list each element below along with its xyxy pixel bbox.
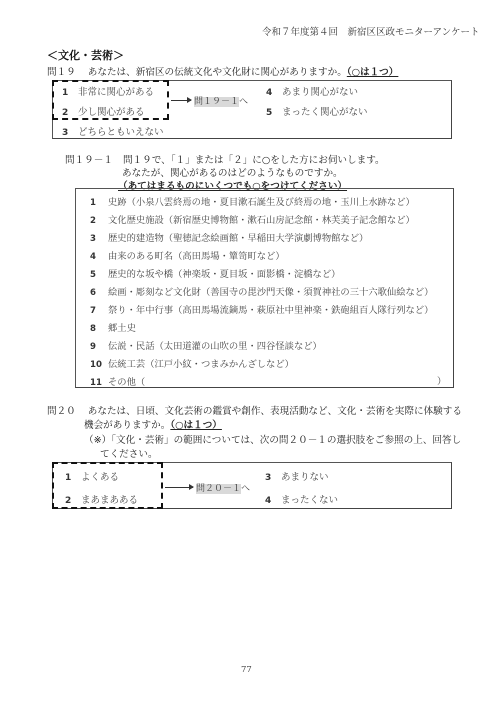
question-text-line1: あなたは、日頃、文化芸術の鑑賞や創作、表現活動など、文化・芸術を実際に体験する [88, 406, 462, 417]
question-number: 問１９－１ [65, 155, 113, 166]
page-number: 77 [241, 665, 252, 675]
q19-option-5[interactable]: 5まったく関心がない [266, 104, 368, 118]
question-19-1-line2: あなたが、関心があるのはどのようなものですか。 [122, 165, 343, 179]
q20-option-3[interactable]: 3あまりない [265, 469, 329, 483]
question-20-line2: 機会がありますか。（○は１つ） [84, 417, 222, 431]
question-number: 問１９ [47, 67, 76, 78]
q19-1-option-6[interactable]: 6絵画・彫刻など文化財（善国寺の毘沙門天像・須賀神社の三十六歌仙絵など） [90, 284, 433, 298]
q19-option-3[interactable]: 3どちらともいえない [62, 124, 164, 138]
question-19: 問１９あなたは、新宿区の伝統文化や文化財に関心がありますか。（○は１つ） [47, 64, 398, 78]
q19-goto-instruction: 問１９－１へ [194, 94, 248, 107]
survey-header-title: 令和７年度第４回 新宿区区政モニターアンケート [262, 24, 479, 38]
arrow-right-icon [171, 100, 191, 101]
question-20: 問２０あなたは、日頃、文化芸術の鑑賞や創作、表現活動など、文化・芸術を実際に体験… [47, 403, 462, 417]
q19-1-option-1[interactable]: 1史跡（小泉八雲終焉の地・夏目漱石誕生及び終焉の地・玉川上水跡など） [90, 194, 415, 208]
q19-1-option-3[interactable]: 3歴史的建造物（聖徳記念絵画館・早稲田大学演劇博物館など） [90, 230, 368, 244]
q19-1-option-2[interactable]: 2文化歴史施設（新宿歴史博物館・漱石山房記念館・林芙美子記念館など） [90, 212, 415, 226]
q19-1-option-5[interactable]: 5歴史的な坂や橋（神楽坂・夏目坂・面影橋・淀橋など） [90, 266, 340, 280]
q20-option-1[interactable]: 1よくある [65, 469, 119, 483]
question-instruction: （○は１つ） [170, 420, 222, 431]
arrow-right-icon [165, 487, 193, 488]
q19-option-4[interactable]: 4あまり関心がない [266, 84, 358, 98]
q19-1-other-close-paren: ） [437, 373, 446, 387]
q19-1-option-8[interactable]: 8郷土史 [90, 320, 136, 334]
q19-option-2[interactable]: 2少し関心がある [62, 104, 145, 118]
q19-option-1[interactable]: 1非常に関心がある [62, 84, 154, 98]
question-number: 問２０ [47, 406, 76, 417]
question-20-note-line2: てください。 [100, 446, 158, 460]
q19-1-option-11[interactable]: 11その他（ [90, 374, 145, 388]
question-instruction: （○は１つ） [347, 67, 399, 78]
question-20-note-line1: （※）「文化・芸術」の範囲については、次の問２０－１の選択肢をご参照の上、回答し [84, 432, 461, 446]
q20-option-2[interactable]: 2まあまあある [65, 492, 138, 506]
q20-goto-instruction: 問２０－１へ [196, 481, 250, 494]
q19-1-option-4[interactable]: 4由来のある町名（高田馬場・簞笥町など） [90, 248, 285, 262]
q19-1-option-9[interactable]: 9伝説・民話（太田道灌の山吹の里・四谷怪談など） [90, 338, 322, 352]
section-title: ＜文化・芸術＞ [47, 47, 124, 63]
q19-1-option-10[interactable]: 10伝統工芸（江戸小紋・つまみかんざしなど） [90, 356, 294, 370]
q20-option-4[interactable]: 4まったくない [265, 492, 338, 506]
question-19-1: 問１９－１問１９で、「１」または「２」に○をした方にお伺いします。 [65, 152, 385, 166]
question-text: あなたは、新宿区の伝統文化や文化財に関心がありますか。 [88, 67, 347, 78]
q19-1-option-7[interactable]: 7祭り・年中行事（高田馬場流鏑馬・萩原社中里神楽・鉄砲組百人隊行列など） [90, 302, 433, 316]
